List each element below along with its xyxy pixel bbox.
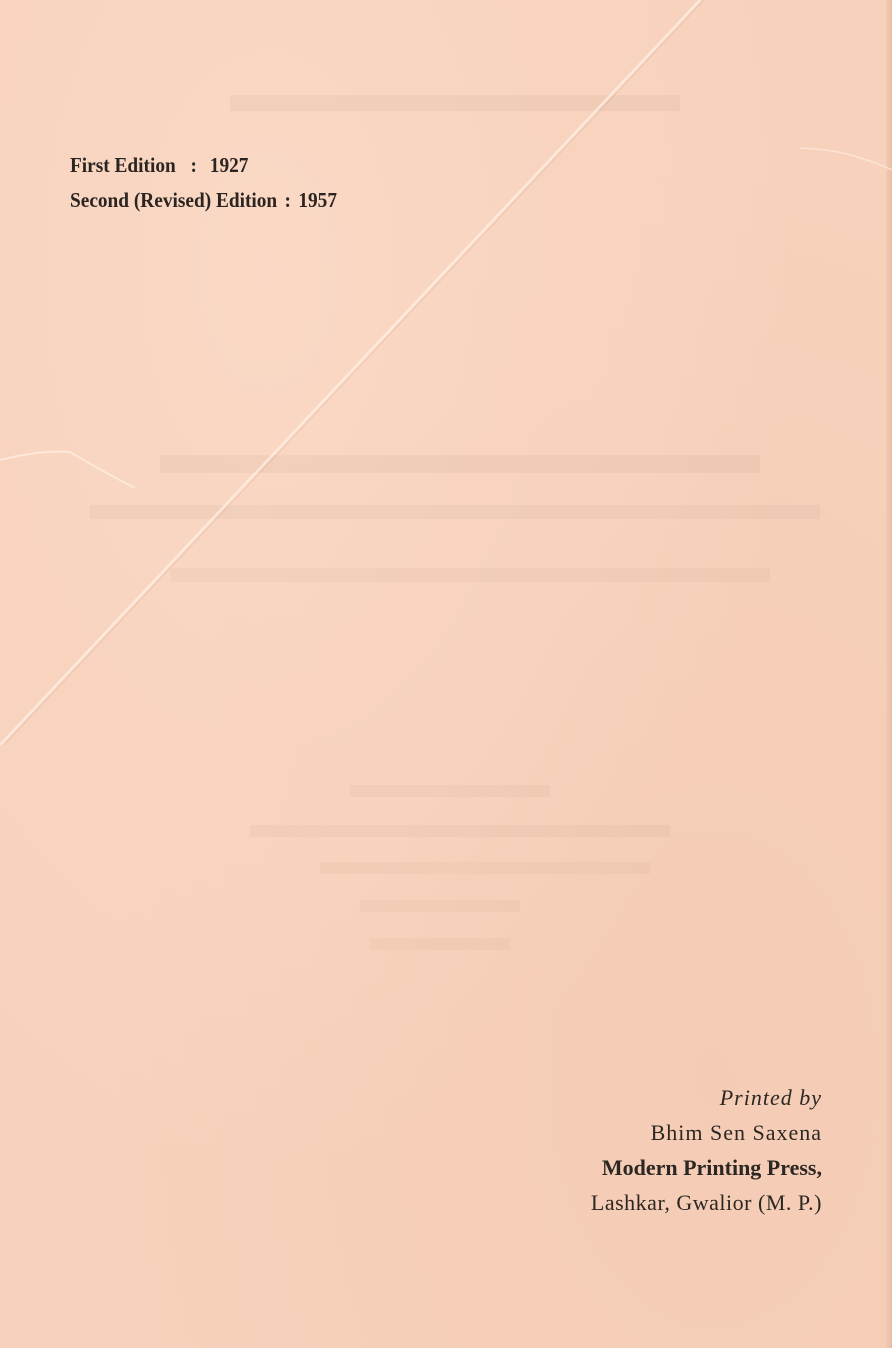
show-through-line	[350, 785, 550, 797]
press-name: Modern Printing Press,	[591, 1150, 822, 1185]
edition-history: First Edition:1927 Second (Revised) Edit…	[70, 148, 337, 218]
show-through-line	[90, 505, 820, 519]
show-through-line	[170, 568, 770, 582]
edition-second: Second (Revised) Edition:1957	[70, 183, 337, 218]
show-through-line	[160, 455, 760, 473]
show-through-line	[370, 938, 510, 950]
edition-separator: :	[285, 183, 291, 218]
printer-imprint: Printed by Bhim Sen Saxena Modern Printi…	[591, 1080, 822, 1220]
edition-year: 1927	[210, 153, 249, 177]
show-through-line	[360, 900, 520, 912]
printed-by-label: Printed by	[591, 1080, 822, 1115]
show-through-line	[250, 825, 670, 837]
edition-label: Second (Revised) Edition	[70, 188, 277, 212]
show-through-line	[230, 95, 680, 111]
press-location: Lashkar, Gwalior (M. P.)	[591, 1185, 822, 1220]
edition-label: First Edition	[70, 153, 176, 177]
page: First Edition:1927 Second (Revised) Edit…	[0, 0, 892, 1348]
edition-first: First Edition:1927	[70, 148, 337, 183]
edition-separator: :	[190, 148, 196, 183]
show-through-line	[320, 862, 650, 874]
page-edge	[886, 0, 892, 1348]
edition-year: 1957	[298, 188, 337, 212]
printer-name: Bhim Sen Saxena	[591, 1115, 822, 1150]
